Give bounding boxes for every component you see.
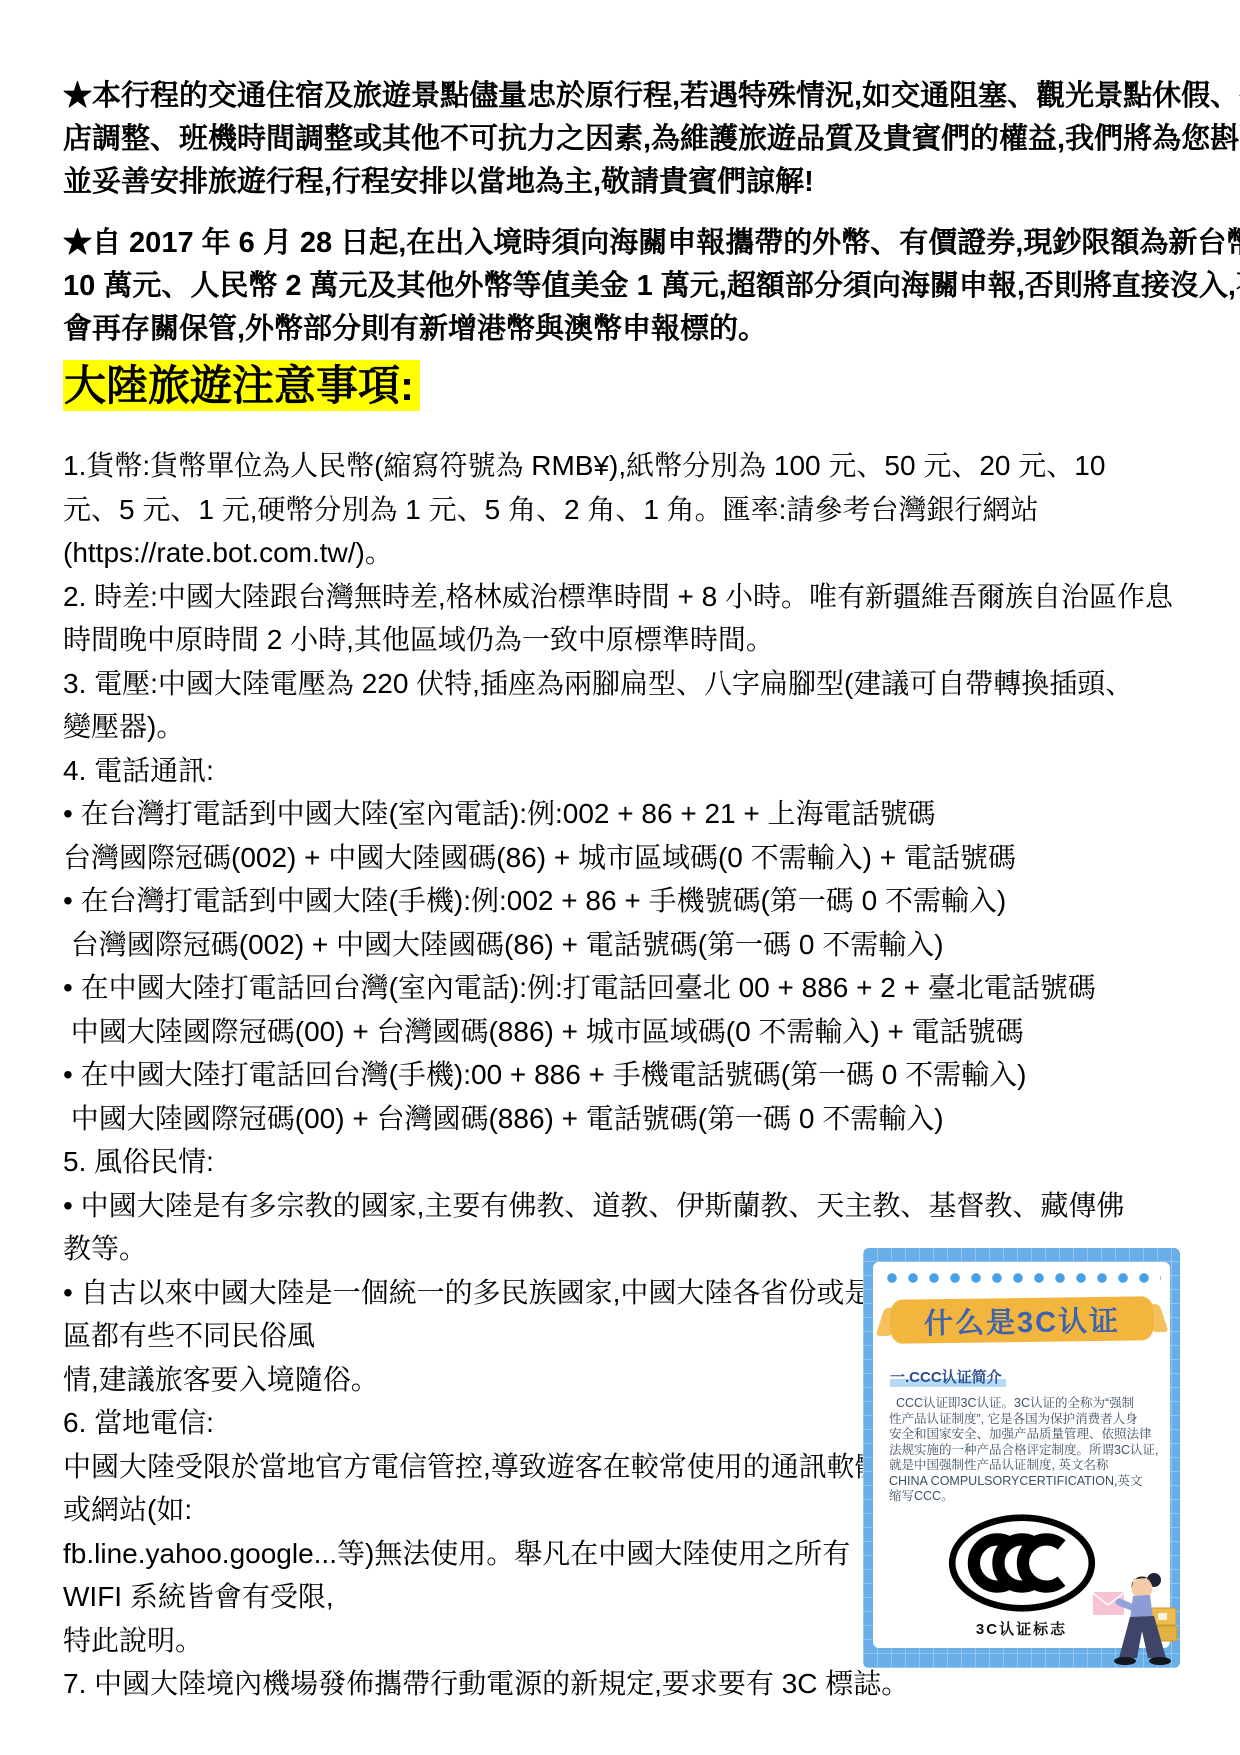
card-title: 什么是3C认证 (923, 1298, 1120, 1342)
travel-note-line: 台灣國際冠碼(002) + 中國大陸國碼(86) + 電話號碼(第一碼 0 不需… (63, 923, 1180, 967)
travel-note-line: 變壓器)。 (63, 705, 1180, 749)
travel-note-line: 7. 中國大陸境內機場發佈攜帶行動電源的新規定,要求要有 3C 標誌。 (63, 1662, 1180, 1706)
punch-hole-dots-decoration (886, 1272, 1161, 1284)
card-body-line: CCC认证即3C认证。3C认证的全称为“强制 (889, 1396, 1158, 1412)
notice-line: ★自 2017 年 6 月 28 日起,在出入境時須向海關申報攜帶的外幣、有價證… (63, 222, 1180, 265)
notice-line: 會再存關保管,外幣部分則有新增港幣與澳幣申報標的。 (63, 308, 1180, 351)
notice-line: 並妥善安排旅遊行程,行程安排以當地為主,敬請貴賓們諒解! (63, 161, 1180, 204)
travel-note-line: 3. 電壓:中國大陸電壓為 220 伏特,插座為兩腳扁型、八字扁腳型(建議可自帶… (63, 662, 1180, 706)
card-body-line: 法规实施的一种产品合格评定制度。所谓3C认证, (889, 1443, 1158, 1459)
card-body-line: 性产品认证制度”, 它是各国为保护消费者人身 (889, 1412, 1158, 1428)
notice-line: 店調整、班機時間調整或其他不可抗力之因素,為維護旅遊品質及貴賓們的權益,我們將為… (63, 118, 1180, 161)
card-section-heading: 一.CCC认证简介 (890, 1366, 1006, 1387)
card-body-line: 缩写CCC。 (889, 1489, 1158, 1505)
travel-note-line: 4. 電話通訊: (63, 749, 1180, 793)
customs-declaration-notice-paragraph: ★自 2017 年 6 月 28 日起,在出入境時須向海關申報攜帶的外幣、有價證… (63, 222, 1180, 351)
section-heading-row: 大陸旅遊注意事項: (63, 360, 1180, 411)
card-body-line: 安全和国家安全、加强产品质量管理、依照法律 (889, 1427, 1158, 1443)
travel-note-line: • 在中國大陸打電話回台灣(室內電話):例:打電話回臺北 00 + 886 + … (63, 966, 1180, 1010)
travel-note-line: • 在中國大陸打電話回台灣(手機):00 + 886 + 手機電話號碼(第一碼 … (63, 1053, 1180, 1097)
travel-note-line: • 中國大陸是有多宗教的國家,主要有佛教、道教、伊斯蘭教、天主教、基督教、藏傳佛 (63, 1184, 1180, 1228)
travel-note-line: 元、5 元、1 元,硬幣分別為 1 元、5 角、2 角、1 角。匯率:請參考台灣… (63, 488, 1180, 532)
travel-note-line: 台灣國際冠碼(002) + 中國大陸國碼(86) + 城市區域碼(0 不需輸入)… (63, 836, 1180, 880)
travel-note-line: 中國大陸國際冠碼(00) + 台灣國碼(886) + 電話號碼(第一碼 0 不需… (63, 1097, 1180, 1141)
card-body-line: 就是中国强制性产品认证制度, 英文名称 (889, 1458, 1158, 1474)
ccc-logo-icon (946, 1513, 1098, 1613)
travel-note-line: 中國大陸國際冠碼(00) + 台灣國碼(886) + 城市區域碼(0 不需輸入)… (63, 1010, 1180, 1054)
card-body-text: CCC认证即3C认证。3C认证的全称为“强制性产品认证制度”, 它是各国为保护消… (889, 1396, 1158, 1505)
travel-note-line: 1.貨幣:貨幣單位為人民幣(縮寫符號為 RMB¥),紙幣分別為 100 元、50… (63, 444, 1180, 488)
section-heading-highlighted: 大陸旅遊注意事項: (63, 360, 420, 411)
3c-card-paper: 什么是3C认证 一.CCC认证简介 CCC认证即3C认证。3C认证的全称为“强制… (873, 1262, 1170, 1648)
travel-note-line: (https://rate.bot.com.tw/)。 (63, 531, 1180, 575)
travel-note-line: 5. 風俗民情: (63, 1140, 1180, 1184)
card-body-line: CHINA COMPULSORYCERTIFICATION,英文 (889, 1474, 1158, 1490)
notice-line: ★本行程的交通住宿及旅遊景點儘量忠於原行程,若遇特殊情況,如交通阻塞、觀光景點休… (63, 75, 1180, 118)
travel-note-line: 時間晚中原時間 2 小時,其他區域仍為一致中原標準時間。 (63, 618, 1180, 662)
notice-line: 10 萬元、人民幣 2 萬元及其他外幣等值美金 1 萬元,超額部分須向海關申報,… (63, 265, 1180, 308)
3c-certification-info-image: 什么是3C认证 一.CCC认证简介 CCC认证即3C认证。3C认证的全称为“强制… (863, 1248, 1180, 1668)
travel-note-line: • 在台灣打電話到中國大陸(手機):例:002 + 86 + 手機號碼(第一碼 … (63, 879, 1180, 923)
itinerary-notice-paragraph: ★本行程的交通住宿及旅遊景點儘量忠於原行程,若遇特殊情況,如交通阻塞、觀光景點休… (63, 75, 1180, 204)
card-title-brush-highlight: 什么是3C认证 (889, 1296, 1154, 1344)
person-carrying-boxes-illustration (1092, 1568, 1184, 1672)
travel-note-line: • 在台灣打電話到中國大陸(室內電話):例:002 + 86 + 21 + 上海… (63, 792, 1180, 836)
travel-note-line: 2. 時差:中國大陸跟台灣無時差,格林威治標準時間 + 8 小時。唯有新疆維吾爾… (63, 575, 1180, 619)
